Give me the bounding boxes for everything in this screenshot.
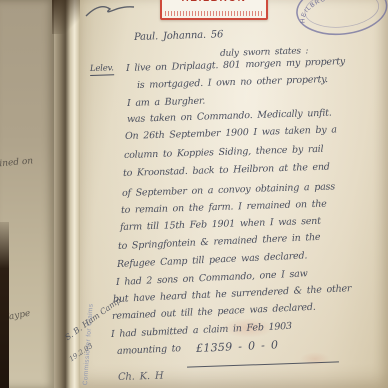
svg-text:HEILBRON, O.R.C.: HEILBRON, O.R.C. [297, 0, 366, 24]
book-cover-edge [0, 222, 9, 388]
town-label-text: HEILBRON [162, 0, 266, 4]
ledger-photo: ained on m Faype o . HEILBRON HEILBRON, … [0, 0, 388, 388]
pen-flourish [84, 1, 138, 21]
margin-note: Lelev. [90, 63, 114, 76]
facing-page-writing-fragment: ained on [0, 156, 34, 169]
handwritten-line-partial: Ch. K. H [118, 371, 164, 383]
oval-stamp-text: HEILBRON, O.R.C. [297, 0, 366, 24]
label-hatch-pattern [165, 11, 263, 16]
town-label-stamp: HEILBRON [160, 0, 268, 20]
